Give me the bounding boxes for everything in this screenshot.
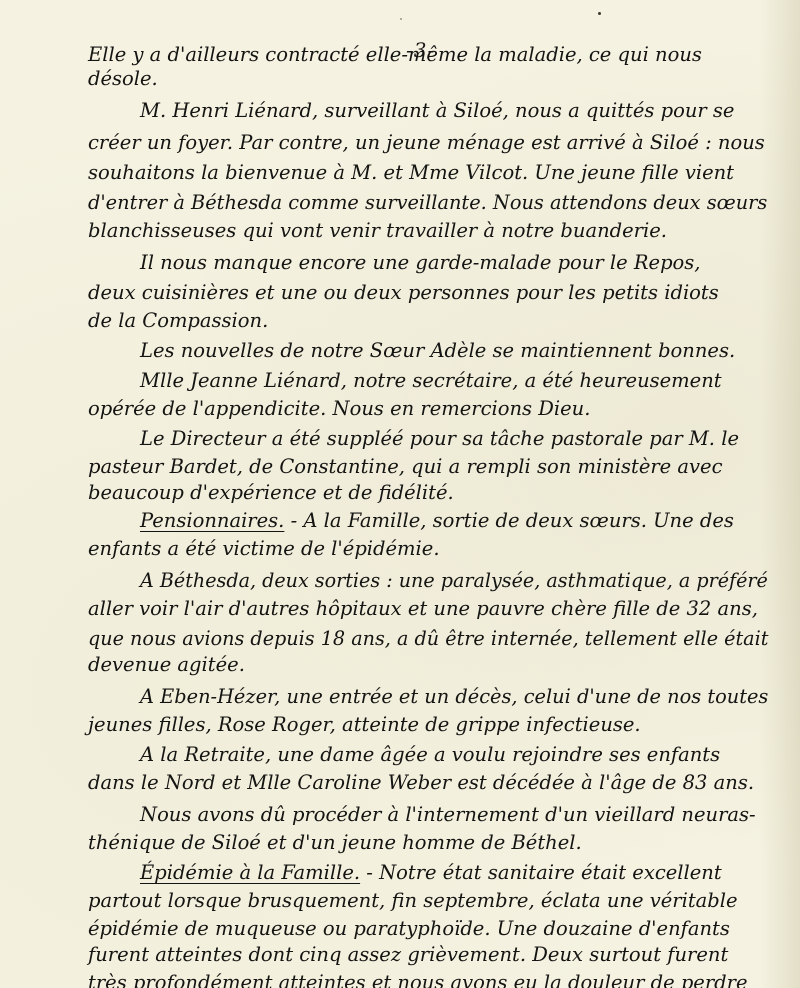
section-heading: Pensionnaires. [140,509,284,532]
ink-speck [400,18,402,20]
line-text: pasteur Bardet, de Constantine, qui a re… [88,455,723,478]
text-line: désole. [88,66,768,92]
text-line: créer un foyer. Par contre, un jeune mén… [88,130,768,156]
line-text: jeunes filles, Rose Roger, atteinte de g… [88,713,641,736]
line-text: souhaitons la bienvenue à M. et Mme Vilc… [88,161,734,184]
line-text: aller voir l'air d'autres hôpitaux et un… [88,597,758,620]
line-text: d'entrer à Béthesda comme surveillante. … [88,191,767,214]
line-text: devenue agitée. [88,653,245,676]
line-text: dans le Nord et Mlle Caroline Weber est … [88,771,754,794]
text-line: A Eben-Hézer, une entrée et un décès, ce… [140,684,763,710]
line-text: Nous avons dû procéder à l'internement d… [140,803,756,826]
line-text: épidémie de muqueuse ou paratyphoïde. Un… [88,917,730,940]
text-line: A la Retraite, une dame âgée a voulu rej… [140,742,768,768]
line-text: que nous avions depuis 18 ans, a dû être… [88,627,768,650]
text-line: Nous avons dû procéder à l'internement d… [140,802,768,828]
line-text: opérée de l'appendicite. Nous en remerci… [88,397,590,420]
line-text: Le Directeur a été suppléé pour sa tâche… [140,427,739,450]
line-text: blanchisseuses qui vont venir travailler… [88,219,667,242]
text-line: furent atteintes dont cinq assez grièvem… [88,942,768,968]
line-text: très profondément atteintes et nous avon… [88,971,748,988]
text-line: dans le Nord et Mlle Caroline Weber est … [88,770,768,796]
text-line: deux cuisinières et une ou deux personne… [88,280,768,306]
line-text: - Notre état sanitaire était excellent [360,861,722,884]
text-line: Mlle Jeanne Liénard, notre secrétaire, a… [140,368,768,394]
text-line: partout lorsque brusquement, fin septemb… [88,888,768,914]
text-line: blanchisseuses qui vont venir travailler… [88,218,768,244]
line-text: A la Retraite, une dame âgée a voulu rej… [140,743,720,766]
line-text: furent atteintes dont cinq assez grièvem… [88,943,728,966]
line-text: Mlle Jeanne Liénard, notre secrétaire, a… [140,369,722,392]
text-line: Il nous manque encore une garde-malade p… [140,250,768,276]
line-text: de la Compassion. [88,309,268,332]
text-line: M. Henri Liénard, surveillant à Siloé, n… [140,98,768,124]
line-text: Il nous manque encore une garde-malade p… [140,251,701,274]
line-text: thénique de Siloé et d'un jeune homme de… [88,831,582,854]
line-text: beaucoup d'expérience et de fidélité. [88,481,454,504]
section-heading: Épidémie à la Famille. [140,861,360,884]
text-line: souhaitons la bienvenue à M. et Mme Vilc… [88,160,768,186]
text-line: devenue agitée. [88,652,768,678]
text-line: Le Directeur a été suppléé pour sa tâche… [140,426,768,452]
line-text: M. Henri Liénard, surveillant à Siloé, n… [140,99,734,122]
line-text: créer un foyer. Par contre, un jeune mén… [88,131,765,154]
text-line: jeunes filles, Rose Roger, atteinte de g… [88,712,768,738]
line-text: deux cuisinières et une ou deux personne… [88,281,719,304]
text-line: aller voir l'air d'autres hôpitaux et un… [88,596,768,622]
text-line: Épidémie à la Famille. - Notre état sani… [140,860,768,886]
text-line: opérée de l'appendicite. Nous en remerci… [88,396,768,422]
text-line: enfants a été victime de l'épidémie. [88,536,768,562]
text-line: beaucoup d'expérience et de fidélité. [88,480,768,506]
line-text: enfants a été victime de l'épidémie. [88,537,440,560]
text-line: que nous avions depuis 18 ans, a dû être… [88,626,756,652]
line-text: désole. [88,67,158,90]
line-text: A Béthesda, deux sorties : une paralysée… [140,569,768,592]
line-text: Elle y a d'ailleurs contracté elle-même … [88,43,702,66]
text-line: Pensionnaires. - A la Famille, sortie de… [140,508,768,534]
line-text: - A la Famille, sortie de deux sœurs. Un… [284,509,734,532]
text-line: Elle y a d'ailleurs contracté elle-même … [88,42,768,68]
text-line: thénique de Siloé et d'un jeune homme de… [88,830,768,856]
line-text: partout lorsque brusquement, fin septemb… [88,889,738,912]
scanned-page: -3- Elle y a d'ailleurs contracté elle-m… [0,0,800,988]
line-text: Les nouvelles de notre Sœur Adèle se mai… [140,339,735,362]
text-line: très profondément atteintes et nous avon… [88,970,768,988]
text-line: pasteur Bardet, de Constantine, qui a re… [88,454,768,480]
ink-speck [598,12,601,15]
text-line: d'entrer à Béthesda comme surveillante. … [88,190,762,216]
text-line: A Béthesda, deux sorties : une paralysée… [140,568,755,594]
text-line: Les nouvelles de notre Sœur Adèle se mai… [140,338,768,364]
text-line: de la Compassion. [88,308,768,334]
text-line: épidémie de muqueuse ou paratyphoïde. Un… [88,916,768,942]
line-text: A Eben-Hézer, une entrée et un décès, ce… [140,685,768,708]
